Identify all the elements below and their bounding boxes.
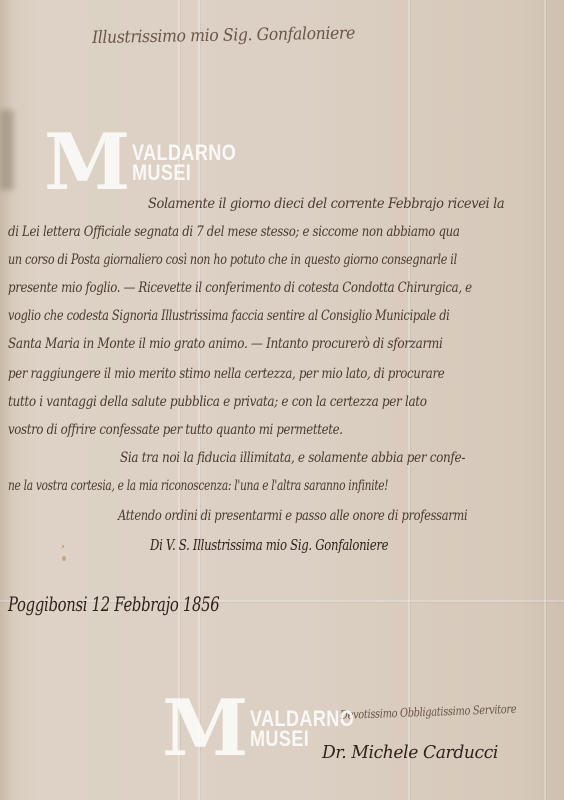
body-line: vostro di offrire confessate per tutto q… [8, 422, 343, 438]
body-line: un corso di Posta giornaliero così non h… [8, 252, 457, 268]
place-date: Poggibonsi 12 Febbrajo 1856 [8, 592, 219, 616]
body-line: presente mio foglio. — Ricevette il conf… [8, 280, 472, 296]
body-line: di Lei lettera Officiale segnata di 7 de… [8, 224, 460, 240]
ink-stain [62, 545, 64, 548]
body-line: Santa Maria in Monte il mio grato animo.… [8, 336, 442, 352]
paper-fold [544, 0, 546, 800]
museum-logo-icon: M [44, 124, 126, 202]
body-line: voglio che codesta Signoria Illustrissim… [8, 308, 449, 324]
body-line: ne la vostra cortesia, e la mia riconosc… [8, 478, 388, 494]
body-line: Sia tra noi la fiducia illimitata, e sol… [120, 450, 465, 466]
letter-paper: Illustrissimo mio Sig. Gonfaloniere Sola… [0, 0, 564, 800]
watermark-valdarno-musei: M VALDARNO MUSEI [44, 124, 259, 202]
museum-logo-icon: M [162, 690, 244, 768]
body-line: tutto i vantaggi della salute pubblica e… [8, 394, 427, 410]
body-line: Attendo ordini di presentarmi e passo al… [118, 508, 467, 524]
salutation: Illustrissimo mio Sig. Gonfaloniere [92, 23, 355, 48]
watermark-line2: MUSEI [250, 729, 354, 749]
body-line: per raggiungere il mio merito stimo nell… [8, 366, 444, 382]
page-edge-shadow [0, 110, 14, 190]
closing-salutation: Di V. S. Illustrissima mio Sig. Gonfalon… [150, 536, 388, 554]
watermark-line2: MUSEI [132, 163, 236, 183]
watermark-valdarno-musei: M VALDARNO MUSEI [162, 690, 377, 768]
ink-stain [62, 556, 66, 561]
